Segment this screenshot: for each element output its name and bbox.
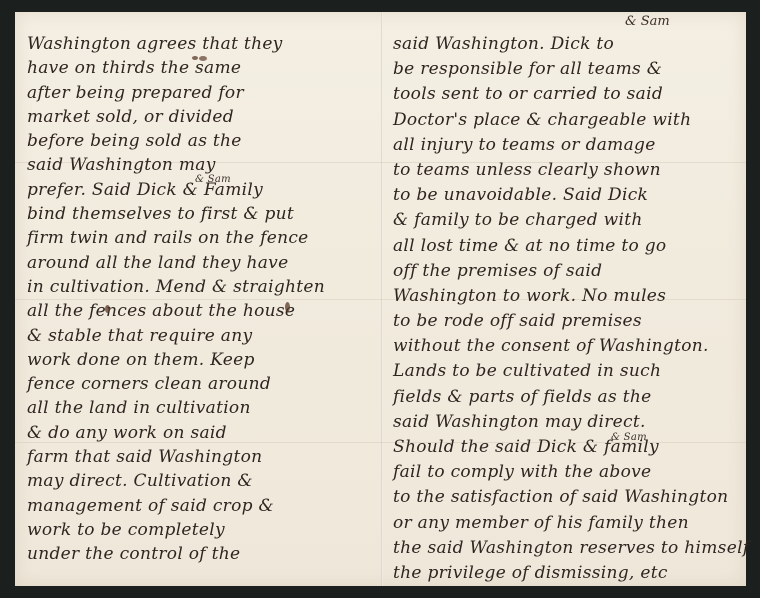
ink-blot: [199, 56, 207, 61]
text-line: & family to be charged with: [393, 208, 738, 233]
text-line: prefer. Said Dick & Family & Sam: [27, 178, 372, 202]
text-line: be responsible for all teams &: [393, 57, 738, 82]
text-line: around all the land they have: [27, 251, 372, 275]
text-line: management of said crop &: [27, 494, 372, 518]
text-line: fields & parts of fields as the: [393, 385, 738, 410]
text-line: Washington to work. No mules: [393, 284, 738, 309]
text-line: farm that said Washington: [27, 445, 372, 469]
text-line: & stable that require any: [27, 324, 372, 348]
text-line: after being prepared for: [27, 81, 372, 105]
text-line: all the land in cultivation: [27, 396, 372, 420]
text-line: fence corners clean around: [27, 372, 372, 396]
text-line: to teams unless clearly shown: [393, 158, 738, 183]
text-line: work to be completely: [27, 518, 372, 542]
text-line: off the premises of said: [393, 259, 738, 284]
text-line: market sold, or divided: [27, 105, 372, 129]
ink-blot: [285, 302, 290, 312]
left-page: Washington agrees that they have on thir…: [27, 32, 372, 567]
top-note: & Sam: [625, 14, 670, 29]
ink-blot: [105, 305, 110, 313]
text-line: bind themselves to first & put: [27, 202, 372, 226]
text-line: Should the said Dick & family & Sam: [393, 435, 738, 460]
interlinear-note: & Sam: [611, 425, 647, 450]
right-page: said Washington. Dick to be responsible …: [393, 32, 738, 586]
text-line: all lost time & at no time to go: [393, 234, 738, 259]
text-line: work done on them. Keep: [27, 348, 372, 372]
text-line: Lands to be cultivated in such: [393, 359, 738, 384]
text-line: may direct. Cultivation &: [27, 469, 372, 493]
text-line: fail to comply with the above: [393, 460, 738, 485]
text-line: to the satisfaction of said Washington: [393, 485, 738, 510]
text-line: all the fences about the house: [27, 299, 372, 323]
text-line: to be unavoidable. Said Dick: [393, 183, 738, 208]
text-line: before being sold as the: [27, 129, 372, 153]
text-line: all injury to teams or damage: [393, 133, 738, 158]
text-line: Doctor's place & chargeable with: [393, 108, 738, 133]
text-line: & do any work on said: [27, 421, 372, 445]
text-line: the said Washington reserves to himself: [393, 536, 738, 561]
text-line: in cultivation. Mend & straighten: [27, 275, 372, 299]
text-line: firm twin and rails on the fence: [27, 226, 372, 250]
text-line: Washington agrees that they: [27, 32, 372, 56]
text-line: to be rode off said premises: [393, 309, 738, 334]
text-line: said Washington may direct.: [393, 410, 738, 435]
text-line: or any member of his family then: [393, 511, 738, 536]
text-line: tools sent to or carried to said: [393, 82, 738, 107]
text-line: the privilege of dismissing, etc: [393, 561, 738, 586]
text-line: without the consent of Washington.: [393, 334, 738, 359]
letter-paper: Washington agrees that they have on thir…: [15, 12, 746, 586]
interlinear-note: & Sam: [195, 168, 231, 192]
text-line: under the control of the: [27, 542, 372, 566]
text-line: said Washington. Dick to: [393, 32, 738, 57]
ink-blot: [192, 56, 198, 60]
